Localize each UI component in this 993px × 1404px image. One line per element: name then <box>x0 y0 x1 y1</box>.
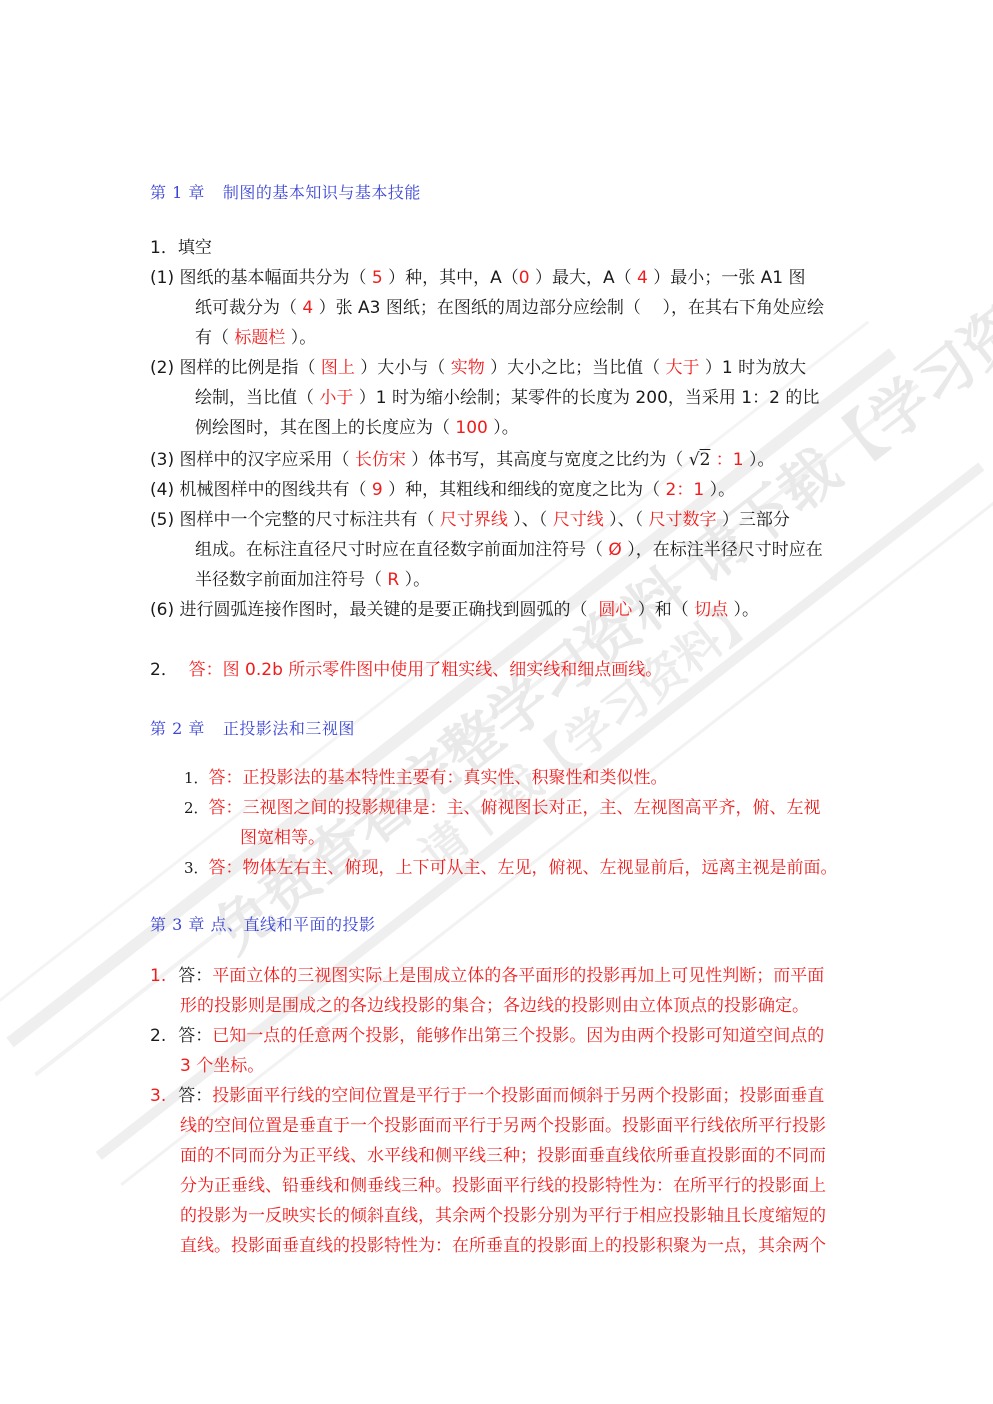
ch3-answer-3-line-1: 3.答：投影面平行线的空间位置是平行于一个投影面而倾斜于另两个投影面；投影面垂直 <box>150 1086 824 1106</box>
answer-text: 答：物体左右主、俯现，上下可从主、左见，俯视、左视显前后，远离主视是前面。 <box>209 858 838 878</box>
ch3-answer-2-line-2: 3 个坐标。 <box>180 1056 264 1076</box>
answer-text: 面的不同而分为正平线、水平线和侧平线三种；投影面垂直线依所垂直投影面的不同而 <box>180 1146 826 1166</box>
answer-text: 已知一点的任意两个投影，能够作出第三个投影。因为由两个投影可知道空间点的 <box>212 1026 824 1046</box>
answer-number: 2. <box>150 1026 166 1046</box>
chapter-number: 第 3 章 <box>150 915 205 934</box>
answer-blank: 0 <box>519 268 530 288</box>
chapter-1-heading: 第 1 章制图的基本知识与基本技能 <box>150 180 421 203</box>
answer-text: 图宽相等。 <box>240 828 325 848</box>
answer-text: 线的空间位置是垂直于一个投影面而平行于另两个投影面。投影面平行线依所平行投影 <box>180 1116 826 1136</box>
answer-blank: 标题栏 <box>234 328 285 348</box>
fill-item-1-line-2: 纸可裁分为（ 4 ）张 A3 图纸；在图纸的周边部分应绘制（ ），在其右下角处应… <box>195 298 824 318</box>
answer-blank: R <box>387 570 399 590</box>
answer-text: 直线。投影面垂直线的投影特性为：在所垂直的投影面上的投影积聚为一点，其余两个 <box>180 1236 826 1256</box>
ch3-answer-1-line-2: 形的投影则是围成之的各边线投影的集合；各边线的投影则由立体顶点的投影确定。 <box>180 996 809 1016</box>
fill-item-2-line-3: 例绘图时，其在图上的长度应为（ 100 ）。 <box>195 418 519 438</box>
answer-blank: 实物 <box>451 358 485 378</box>
ch3-answer-2-line-1: 2.答：已知一点的任意两个投影，能够作出第三个投影。因为由两个投影可知道空间点的 <box>150 1026 824 1046</box>
chapter-number: 第 2 章 <box>150 719 205 738</box>
fill-item-3: (3) 图样中的汉字应采用（ 长仿宋 ）体书写，其高度与宽度之比约为（ √2 ：… <box>150 450 775 470</box>
answer-blank: ：1 <box>716 450 744 470</box>
question-label: 2． <box>150 660 178 680</box>
chapter-number: 第 1 章 <box>150 183 205 202</box>
answer-text: 答：图 0.2b 所示零件图中使用了粗实线、细实线和细点画线。 <box>189 660 663 680</box>
answer-prefix: 答： <box>178 966 212 986</box>
answer-blank: 4 <box>302 298 313 318</box>
fill-item-4: (4) 机械图样中的图线共有（ 9 ）种，其粗线和细线的宽度之比为（ 2：1 ）… <box>150 480 735 500</box>
ch3-answer-3-line-4: 分为正垂线、铅垂线和侧垂线三种。投影面平行线的投影特性为：在所平行的投影面上 <box>180 1176 826 1196</box>
answer-blank: 9 <box>372 480 383 500</box>
answer-blank: 长仿宋 <box>355 450 406 470</box>
answer-blank: 图上 <box>321 358 355 378</box>
answer-prefix: 答： <box>178 1086 212 1106</box>
fill-item-5-line-2: 组成。在标注直径尺寸时应在直径数字前面加注符号（ Ø ），在标注半径尺寸时应在 <box>195 540 823 560</box>
answer-text: 形的投影则是围成之的各边线投影的集合；各边线的投影则由立体顶点的投影确定。 <box>180 996 809 1016</box>
ch3-answer-3-line-3: 面的不同而分为正平线、水平线和侧平线三种；投影面垂直线依所垂直投影面的不同而 <box>180 1146 826 1166</box>
fill-item-2-line-1: (2) 图样的比例是指（ 图上 ）大小与（ 实物 ）大小之比；当比值（ 大于 ）… <box>150 358 806 378</box>
answer-blank: 4 <box>637 268 648 288</box>
fill-item-1-line-3: 有（ 标题栏 ）。 <box>195 328 316 348</box>
fill-item-5-line-1: (5) 图样中一个完整的尺寸标注共有（ 尺寸界线 ）、（ 尺寸线 ）、（ 尺寸数… <box>150 510 790 530</box>
chapter-3-heading: 第 3 章 点、直线和平面的投影 <box>150 912 375 935</box>
answer-blank: 尺寸线 <box>553 510 604 530</box>
ch2-answer-1: 1．答：正投影法的基本特性主要有：真实性、积聚性和类似性。 <box>184 768 668 788</box>
svg-text:请下载【学习资料】: 请下载【学习资料】 <box>410 585 769 882</box>
answer-blank: 切点 <box>694 600 728 620</box>
item-label: (5) <box>150 510 174 530</box>
chapter-title: 正投影法和三视图 <box>223 719 355 738</box>
ch3-answer-3-line-5: 的投影为一反映实长的倾斜直线，其余两个投影分别为平行于相应投影轴且长度缩短的 <box>180 1206 826 1226</box>
answer-blank: 圆心 <box>598 600 632 620</box>
answer-number: 3. <box>150 1086 166 1106</box>
fill-item-1-line-1: (1) 图纸的基本幅面共分为（ 5 ）种，其中，A（0 ）最大，A（ 4 ）最小… <box>150 268 806 288</box>
sqrt-two: √2 <box>689 450 711 470</box>
item-label: (3) <box>150 450 174 470</box>
answer-blank: Ø <box>608 540 621 560</box>
ch2-answer-3: 3．答：物体左右主、俯现，上下可从主、左见，俯视、左视显前后，远离主视是前面。 <box>184 858 838 878</box>
item-label: (4) <box>150 480 174 500</box>
chapter-title: 制图的基本知识与基本技能 <box>223 183 421 202</box>
answer-blank: 尺寸界线 <box>440 510 508 530</box>
answer-blank: 小于 <box>319 388 353 408</box>
answer-blank: 大于 <box>666 358 700 378</box>
question-2: 2． 答：图 0.2b 所示零件图中使用了粗实线、细实线和细点画线。 <box>150 660 662 680</box>
ch2-answer-2-line-1: 2．答：三视图之间的投影规律是：主、俯视图长对正，主、左视图高平齐，俯、左视 <box>184 798 821 818</box>
answer-blank: 2：1 <box>666 480 705 500</box>
answer-blank: 5 <box>372 268 383 288</box>
answer-text: 答：三视图之间的投影规律是：主、俯视图长对正，主、左视图高平齐，俯、左视 <box>209 798 821 818</box>
answer-text: 的投影为一反映实长的倾斜直线，其余两个投影分别为平行于相应投影轴且长度缩短的 <box>180 1206 826 1226</box>
question-label: 1．填空 <box>150 238 212 258</box>
item-label: (2) <box>150 358 174 378</box>
ch3-answer-1-line-1: 1.答：平面立体的三视图实际上是围成立体的各平面形的投影再加上可见性判断；而平面 <box>150 966 824 986</box>
answer-number: 1． <box>184 769 209 787</box>
answer-blank: 尺寸数字 <box>649 510 717 530</box>
fill-item-6: (6) 进行圆弧连接作图时，最关键的是要正确找到圆弧的（ 圆心 ）和（ 切点 ）… <box>150 600 759 620</box>
item-label: (6) <box>150 600 174 620</box>
answer-text: 投影面平行线的空间位置是平行于一个投影面而倾斜于另两个投影面；投影面垂直 <box>212 1086 824 1106</box>
answer-blank: 100 <box>455 418 487 438</box>
item-label: (1) <box>150 268 174 288</box>
answer-text: 3 个坐标。 <box>180 1056 264 1076</box>
ch2-answer-2-line-2: 图宽相等。 <box>240 828 325 848</box>
ch3-answer-3-line-2: 线的空间位置是垂直于一个投影面而平行于另两个投影面。投影面平行线依所平行投影 <box>180 1116 826 1136</box>
answer-text: 平面立体的三视图实际上是围成立体的各平面形的投影再加上可见性判断；而平面 <box>212 966 824 986</box>
chapter-title: 点、直线和平面的投影 <box>210 915 375 934</box>
answer-text: 答：正投影法的基本特性主要有：真实性、积聚性和类似性。 <box>209 768 668 788</box>
ch3-answer-3-line-6: 直线。投影面垂直线的投影特性为：在所垂直的投影面上的投影积聚为一点，其余两个 <box>180 1236 826 1256</box>
fill-item-5-line-3: 半径数字前面加注符号（ R ）。 <box>195 570 430 590</box>
fill-item-2-line-2: 绘制，当比值（ 小于 ）1 时为缩小绘制；某零件的长度为 200，当采用 1：2… <box>195 388 819 408</box>
answer-number: 3． <box>184 859 209 877</box>
chapter-2-heading: 第 2 章正投影法和三视图 <box>150 716 355 739</box>
answer-prefix: 答： <box>178 1026 212 1046</box>
answer-number: 2． <box>184 799 209 817</box>
answer-text: 分为正垂线、铅垂线和侧垂线三种。投影面平行线的投影特性为：在所平行的投影面上 <box>180 1176 826 1196</box>
answer-number: 1. <box>150 966 166 986</box>
